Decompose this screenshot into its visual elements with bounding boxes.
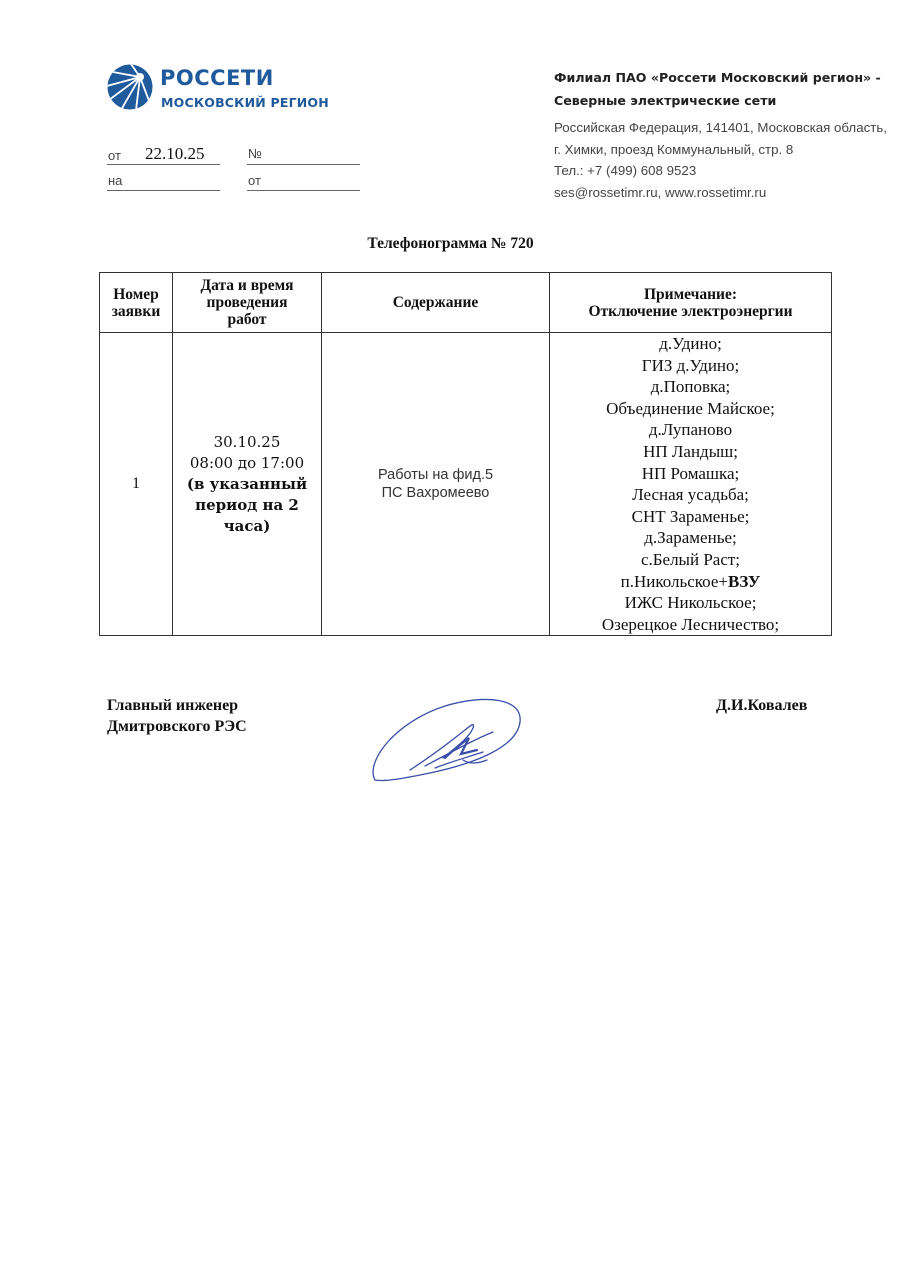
logo-title: РОССЕТИ [160, 66, 274, 90]
header-text: Отключение электроэнергии [550, 303, 831, 320]
signatory-name: Д.И.Ковалев [716, 695, 807, 716]
location-item: д.Лупаново [550, 419, 831, 441]
location-item: д.Зараменье; [550, 527, 831, 549]
position-line1: Главный инженер [107, 695, 247, 716]
work-date: 30.10.25 [173, 432, 321, 453]
logo-subtitle: МОСКОВСКИЙ РЕГИОН [161, 95, 329, 111]
period-note: (в указанный [173, 474, 321, 495]
header-text: Номер [100, 286, 172, 303]
location-item: Объединение Майское; [550, 398, 831, 420]
organization-contacts: Российская Федерация, 141401, Московская… [554, 117, 887, 203]
location-item: с.Белый Раст; [550, 549, 831, 571]
organization-name: Филиал ПАО «Россети Московский регион» -… [554, 66, 881, 112]
location-item: СНТ Зараменье; [550, 506, 831, 528]
location-text: п.Никольское+ [621, 572, 728, 591]
location-item: ИЖС Никольское; [550, 592, 831, 614]
content-cell: Работы на фид.5 ПС Вахромеево [322, 333, 550, 636]
second-from-label: от [248, 173, 261, 188]
phone: Тел.: +7 (499) 608 9523 [554, 160, 887, 182]
address-line1: Российская Федерация, 141401, Московская… [554, 117, 887, 139]
number-label: № [248, 146, 262, 161]
header-date-time: Дата и время проведения работ [173, 273, 322, 333]
header-text: Содержание [322, 294, 549, 311]
header-content: Содержание [322, 273, 550, 333]
header-text: Дата и время [173, 277, 321, 294]
header-note: Примечание: Отключение электроэнергии [550, 273, 832, 333]
period-note: часа) [173, 516, 321, 537]
outage-locations-cell: д.Удино; ГИЗ д.Удино; д.Поповка; Объедин… [550, 333, 832, 636]
date-time-cell: 30.10.25 08:00 до 17:00 (в указанный пер… [173, 333, 322, 636]
location-item: Озерецкое Лесничество; [550, 614, 831, 636]
header-text: проведения [173, 294, 321, 311]
content-line: ПС Вахромеево [322, 484, 549, 502]
from-label: от [108, 148, 121, 163]
from-date: 22.10.25 [145, 144, 205, 164]
to-label: на [108, 173, 122, 188]
location-item: ГИЗ д.Удино; [550, 355, 831, 377]
document-title: Телефонограмма № 720 [0, 235, 901, 253]
organization-name-line1: Филиал ПАО «Россети Московский регион» - [554, 66, 881, 89]
address-line2: г. Химки, проезд Коммунальный, стр. 8 [554, 139, 887, 161]
signatory-position: Главный инженер Дмитровского РЭС [107, 695, 247, 737]
location-item: НП Ромашка; [550, 463, 831, 485]
number-line [247, 164, 360, 165]
request-number-cell: 1 [100, 333, 173, 636]
table-row: 1 30.10.25 08:00 до 17:00 (в указанный п… [100, 333, 832, 636]
second-from-line [247, 190, 360, 191]
content-line: Работы на фид.5 [322, 466, 549, 484]
to-line [107, 190, 220, 191]
location-item: НП Ландыш; [550, 441, 831, 463]
outage-table: Номер заявки Дата и время проведения раб… [99, 272, 832, 636]
table-header-row: Номер заявки Дата и время проведения раб… [100, 273, 832, 333]
header-request-number: Номер заявки [100, 273, 173, 333]
organization-name-line2: Северные электрические сети [554, 89, 881, 112]
position-line2: Дмитровского РЭС [107, 716, 247, 737]
header-text: Примечание: [550, 286, 831, 303]
rosseti-logo-icon [107, 64, 153, 110]
handwritten-signature-icon [365, 692, 530, 787]
header-text: работ [173, 311, 321, 328]
from-date-line [107, 164, 220, 165]
work-time: 08:00 до 17:00 [173, 453, 321, 474]
email-website: ses@rossetimr.ru, www.rossetimr.ru [554, 182, 887, 204]
location-bold-suffix: ВЗУ [728, 572, 760, 591]
location-item: п.Никольское+ВЗУ [550, 571, 831, 593]
header-text: заявки [100, 303, 172, 320]
location-item: д.Удино; [550, 333, 831, 355]
location-item: Лесная усадьба; [550, 484, 831, 506]
period-note: период на 2 [173, 495, 321, 516]
location-item: д.Поповка; [550, 376, 831, 398]
